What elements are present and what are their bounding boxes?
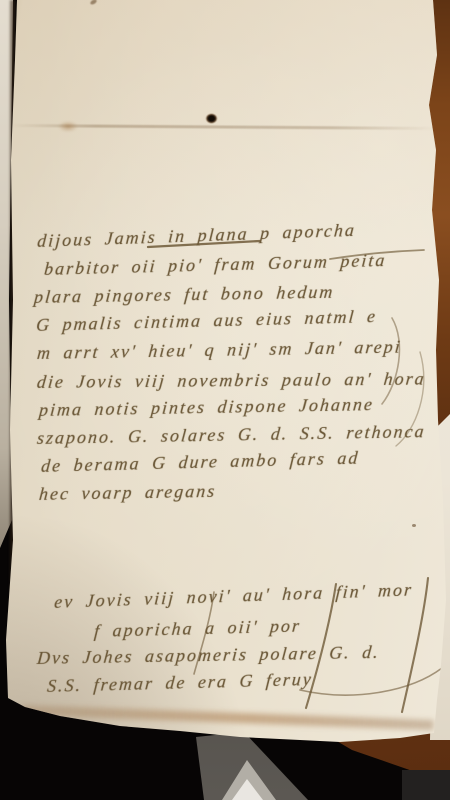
cancellation-stroke — [306, 584, 336, 708]
margin-flourish — [382, 318, 399, 404]
manuscript-photo: dijous Jamis in plana p aporcha barbitor… — [0, 0, 450, 800]
pen-strokes-overlay — [0, 0, 450, 800]
margin-flourish — [396, 352, 424, 446]
paper-sheet: dijous Jamis in plana p aporcha barbitor… — [0, 0, 450, 800]
strikethrough-mark — [148, 241, 260, 247]
shadow-patch-bottom-right — [402, 770, 450, 800]
tail-flourish — [300, 668, 442, 695]
cancellation-stroke — [402, 578, 428, 712]
apocha-underline-flourish — [330, 250, 424, 259]
cancellation-stroke — [194, 592, 214, 674]
